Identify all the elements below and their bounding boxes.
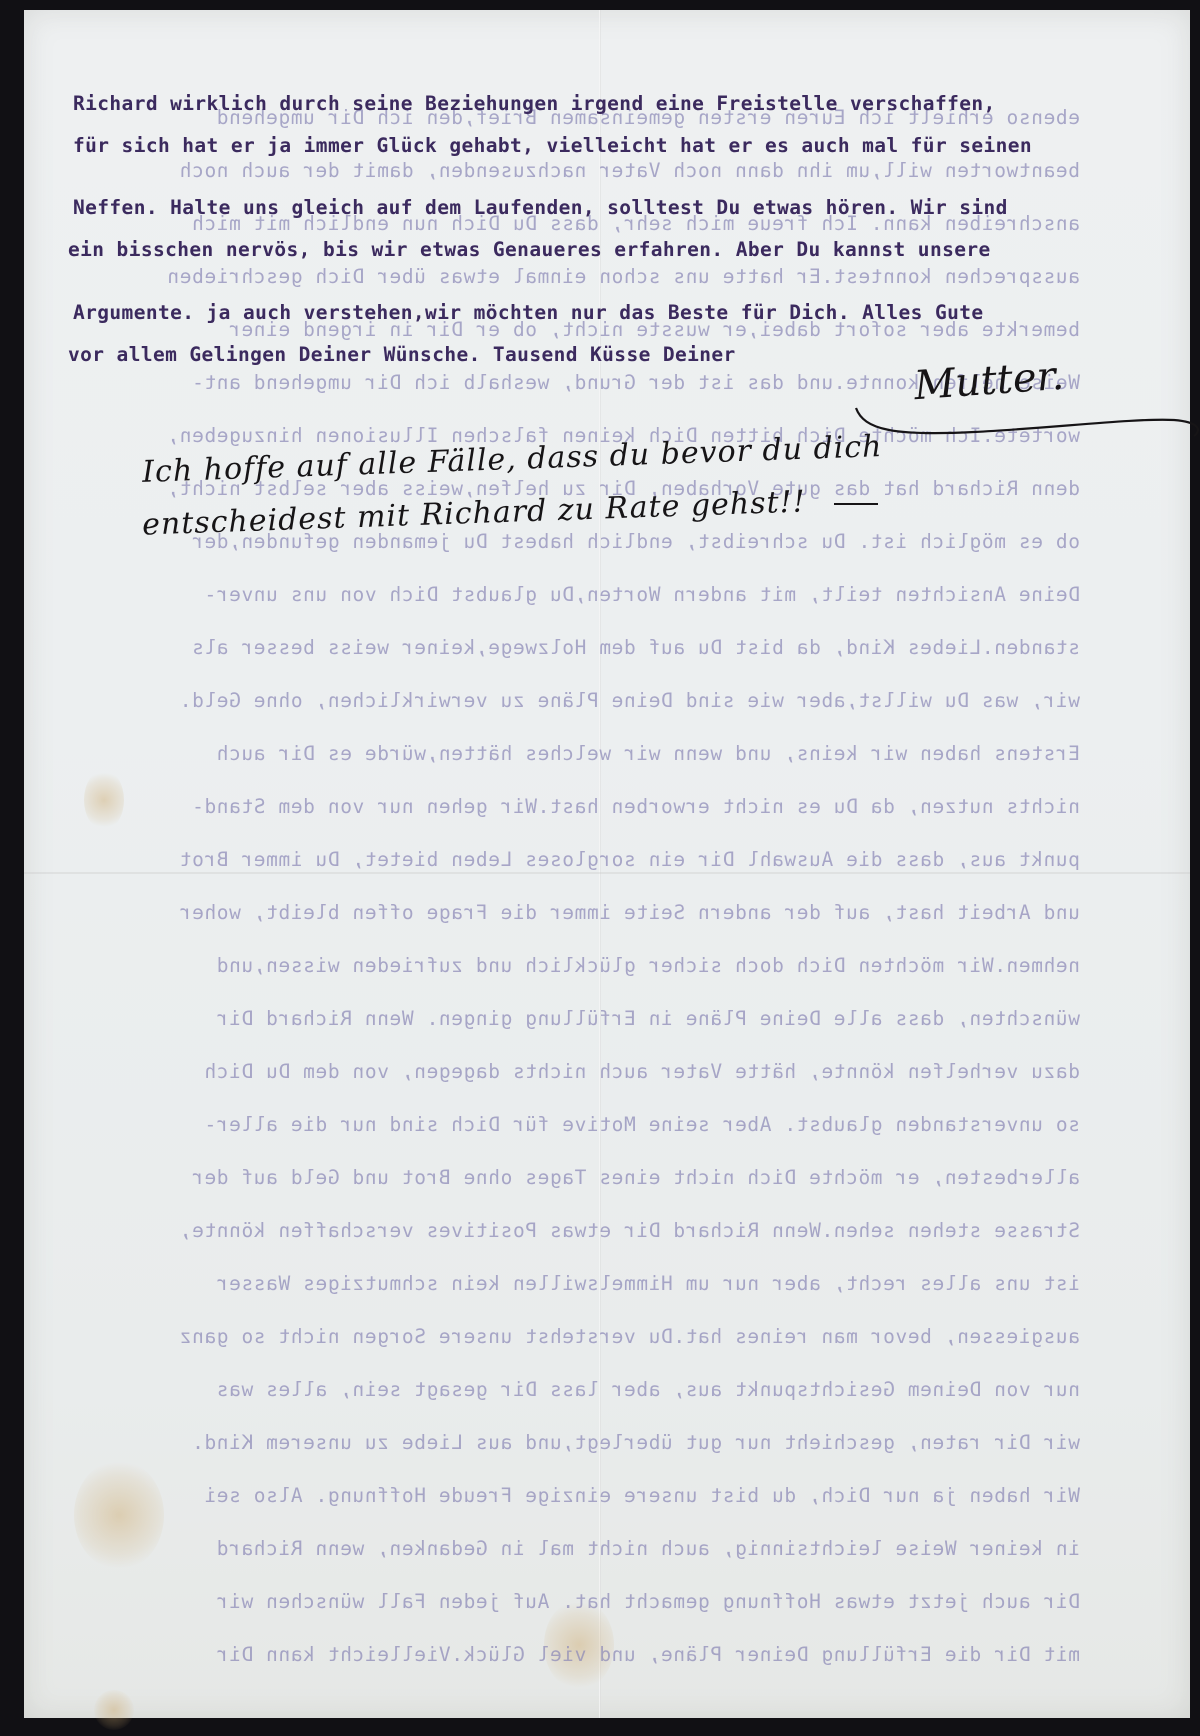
- stain-mark: [544, 1600, 614, 1690]
- vertical-fold-crease: [599, 10, 601, 1718]
- signature: Mutter.: [913, 353, 1066, 409]
- bleed-through-line: beantworten will,um ihn dann noch Vater …: [179, 159, 1080, 182]
- bleed-through-line: Erstens haben wir keins, und wenn wir we…: [216, 742, 1080, 765]
- bleed-through-line: nur von Deinem Gesichtspunkt aus, aber l…: [216, 1378, 1080, 1401]
- bleed-through-line: nehmen.Wir möchten Dich doch sicher glüc…: [216, 954, 1080, 977]
- bleed-through-line: standen.Liebes Kind, da bist Du auf dem …: [192, 636, 1080, 659]
- bleed-through-line: ist uns alles recht, aber nur um Himmels…: [216, 1272, 1080, 1295]
- bleed-through-line: ausgiessen, bevor man reines hat.Du vers…: [179, 1325, 1080, 1348]
- bleed-through-text: ebenso erhielt ich Euren ersten gemeinsa…: [24, 10, 1190, 1718]
- bleed-through-line: Dir auch jetzt etwas Hoffnung gemacht ha…: [216, 1590, 1080, 1613]
- typed-line: vor allem Gelingen Deiner Wünsche. Tause…: [68, 343, 736, 366]
- bleed-through-line: mit Dir die Erfüllung Deiner Pläne, und …: [216, 1643, 1080, 1666]
- stain-mark: [74, 1460, 164, 1570]
- bleed-through-line: so unverstanden glaubst. Aber seine Moti…: [204, 1113, 1080, 1136]
- stain-mark: [84, 770, 124, 830]
- bleed-through-line: allerbesten, er möchte Dich nicht eines …: [192, 1166, 1080, 1189]
- typed-line: Neffen. Halte uns gleich auf dem Laufend…: [73, 196, 1008, 219]
- horizontal-fold-crease: [24, 872, 1190, 874]
- letter-page: ebenso erhielt ich Euren ersten gemeinsa…: [24, 10, 1190, 1718]
- postscript-line: entscheidest mit Richard zu Rate gehst!!: [142, 484, 807, 542]
- bleed-through-line: und Arbeit hast, auf der andern Seite im…: [179, 901, 1080, 924]
- bleed-through-line: Wir haben ja nur Dich, du bist unsere ei…: [204, 1484, 1080, 1507]
- bleed-through-line: aussprechen konntest.Er hatte uns schon …: [167, 265, 1080, 288]
- bleed-through-line: wünschten, dass alle Deine Pläne in Erfü…: [216, 1007, 1080, 1030]
- bleed-through-line: Deine Ansichten teilt, mit andern Worten…: [204, 583, 1080, 606]
- bleed-through-line: nichts nutzen, da Du es nicht erworben h…: [192, 795, 1080, 818]
- postscript-underline: [832, 500, 882, 508]
- bleed-through-line: in keiner Weise leichtsinnig, auch nicht…: [216, 1537, 1080, 1560]
- typed-line: Richard wirklich durch seine Beziehungen…: [73, 92, 996, 115]
- bleed-through-line: wir Dir raten, geschieht nur gut überleg…: [192, 1431, 1080, 1454]
- bleed-through-line: punkt aus, dass die Auswahl Dir ein sorg…: [179, 848, 1080, 871]
- bleed-through-line: wir, was Du willst,aber wie sind Deine P…: [179, 689, 1080, 712]
- typed-line: ein bisschen nervös, bis wir etwas Genau…: [68, 238, 991, 261]
- bleed-through-line: Strasse stehen sehen.Wenn Richard Dir et…: [179, 1219, 1080, 1242]
- stain-mark: [94, 1690, 134, 1730]
- bleed-through-line: dazu verhelfen könnte, hätte Vater auch …: [204, 1060, 1080, 1083]
- postscript-line: Ich hoffe auf alle Fälle, dass du bevor …: [142, 429, 883, 490]
- signature-flourish: [854, 402, 1200, 442]
- typed-line: Argumente. ja auch verstehen,wir möchten…: [73, 301, 984, 324]
- typed-line: für sich hat er ja immer Glück gehabt, v…: [73, 134, 1032, 157]
